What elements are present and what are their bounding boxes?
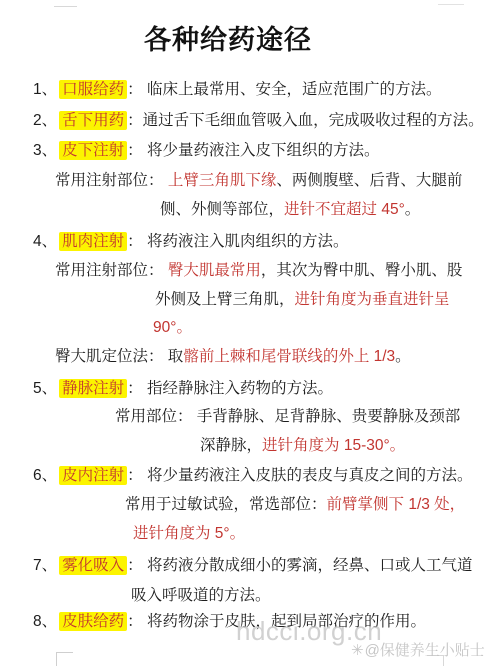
item-3-subline-1: 常用注射部位： 上臂三角肌下缘、两侧腹壁、后背、大腿前 [55,170,462,191]
item-number: 6、 [33,467,57,484]
item-term-highlight: 舌下用药 [59,111,127,130]
text-segment: 侧、外侧等部位， [160,201,284,218]
item-number: 1、 [33,81,57,98]
text-segment: 临床上最常用、安全，适应范围广的方法。 [143,81,442,98]
item-4-heading: 4、肌肉注射： 将药液注入肌肉组织的方法。 [33,231,348,252]
item-3-heading: 3、皮下注射： 将少量药液注入皮下组织的方法。 [33,140,379,161]
text-segment: 臀大肌定位法： 取 [55,348,183,365]
text-segment: 进针角度为垂直进针呈 [295,291,450,308]
item-term-highlight: 肌肉注射 [59,232,127,251]
text-segment: 常用注射部位： [55,172,168,189]
text-segment: 前臂掌侧下 1/3 处， [327,496,466,513]
text-segment: 将少量药液注入皮肤的表皮与真皮之间的方法。 [143,467,473,484]
text-segment: 、两侧腹壁、后背、大腿前 [276,172,462,189]
item-number: 7、 [33,557,57,574]
text-segment: 常用于过敏试验，常选部位： [125,496,327,513]
item-number: 4、 [33,233,57,250]
text-segment: 进针不宜超过 45° [284,201,405,218]
item-colon: ： [127,467,143,484]
item-colon: ： [127,81,143,98]
item-4-subline-2: 外侧及上臂三角肌，进针角度为垂直进针呈 [155,289,450,310]
credit-text: @保健养生小贴士 [365,642,485,659]
credit-badge: ✳@保健养生小贴士 [351,639,485,660]
text-segment: 将药液注入肌肉组织的方法。 [143,233,349,250]
text-segment: 进针角度为 15-30°。 [262,437,405,454]
item-colon: ： [127,142,143,159]
item-term-highlight: 皮内注射 [59,466,127,485]
text-segment: 。 [395,348,411,365]
item-1-heading: 1、口服给药： 临床上最常用、安全，适应范围广的方法。 [33,79,441,100]
item-number: 3、 [33,142,57,159]
item-term-highlight: 雾化吸入 [59,556,127,575]
text-segment: 将药液分散成细小的雾滴，经鼻、口或人工气道 [143,557,473,574]
text-segment: 深静脉， [200,437,262,454]
item-number: 2、 [33,112,57,129]
item-6-subline-1: 常用于过敏试验，常选部位：前臂掌侧下 1/3 处， [125,494,465,515]
item-3-subline-2: 侧、外侧等部位，进针不宜超过 45°。 [160,199,420,220]
item-number: 8、 [33,613,57,630]
item-7-heading: 7、雾化吸入： 将药液分散成细小的雾滴，经鼻、口或人工气道 [33,555,472,576]
item-4-subline-4: 臀大肌定位法： 取髂前上棘和尾骨联线的外上 1/3。 [55,346,411,367]
item-5-subline-1: 常用部位： 手背静脉、足背静脉、贵要静脉及颈部 [115,406,460,427]
corner-mark-top-left [54,1,77,7]
item-6-heading: 6、皮内注射： 将少量药液注入皮肤的表皮与真皮之间的方法。 [33,465,472,486]
item-text: 将药液分散成细小的雾滴，经鼻、口或人工气道 [143,557,473,574]
text-segment: 常用部位： 手背静脉、足背静脉、贵要静脉及颈部 [115,408,460,425]
item-5-subline-2: 深静脉，进针角度为 15-30°。 [200,435,405,456]
text-segment: ，其次为臀中肌、臀小肌、股 [261,262,463,279]
text-segment: 。 [405,201,421,218]
item-term-highlight: 静脉注射 [59,379,127,398]
item-colon: ： [127,233,143,250]
item-colon: ： [127,112,143,129]
item-2-heading: 2、舌下用药：通过舌下毛细血管吸入血，完成吸收过程的方法。 [33,110,484,131]
text-segment: 吸入呼吸道的方法。 [131,587,271,604]
text-segment: 90°。 [153,319,192,336]
item-term-highlight: 皮下注射 [59,141,127,160]
item-term-highlight: 口服给药 [59,80,127,99]
page-title: 各种给药途径 [0,18,456,57]
text-segment: 常用注射部位： [55,262,168,279]
text-segment: 通过舌下毛细血管吸入血，完成吸收过程的方法。 [143,112,484,129]
item-text: 指经静脉注入药物的方法。 [143,380,333,397]
text-segment: 将少量药液注入皮下组织的方法。 [143,142,380,159]
item-7-subline-1: 吸入呼吸道的方法。 [131,585,271,606]
item-text: 通过舌下毛细血管吸入血，完成吸收过程的方法。 [143,112,484,129]
text-segment: 臀大肌最常用 [168,262,261,279]
text-segment: 进针角度为 5°。 [133,525,245,542]
corner-mark-top-right [438,0,464,5]
item-text: 将少量药液注入皮下组织的方法。 [143,142,380,159]
flower-icon: ✳ [351,642,364,659]
item-5-heading: 5、静脉注射： 指经静脉注入药物的方法。 [33,378,333,399]
item-4-subline-1: 常用注射部位： 臀大肌最常用，其次为臀中肌、臀小肌、股 [55,260,462,281]
item-text: 将药液注入肌肉组织的方法。 [143,233,349,250]
text-segment: 上臂三角肌下缘 [168,172,277,189]
text-segment: 髂前上棘和尾骨联线的外上 1/3 [183,348,395,365]
item-text: 将少量药液注入皮肤的表皮与真皮之间的方法。 [143,467,473,484]
text-segment: 外侧及上臂三角肌， [155,291,295,308]
corner-mark-bottom-left [56,652,73,666]
note-card: 各种给药途径 1、口服给药： 临床上最常用、安全，适应范围广的方法。 2、舌下用… [0,0,500,667]
item-6-subline-2: 进针角度为 5°。 [133,523,245,544]
text-segment: 指经静脉注入药物的方法。 [143,380,333,397]
item-4-subline-3: 90°。 [153,317,192,338]
item-text: 临床上最常用、安全，适应范围广的方法。 [143,81,442,98]
item-colon: ： [127,557,143,574]
item-term-highlight: 皮肤给药 [59,612,127,631]
item-colon: ： [127,613,143,630]
item-number: 5、 [33,380,57,397]
item-colon: ： [127,380,143,397]
